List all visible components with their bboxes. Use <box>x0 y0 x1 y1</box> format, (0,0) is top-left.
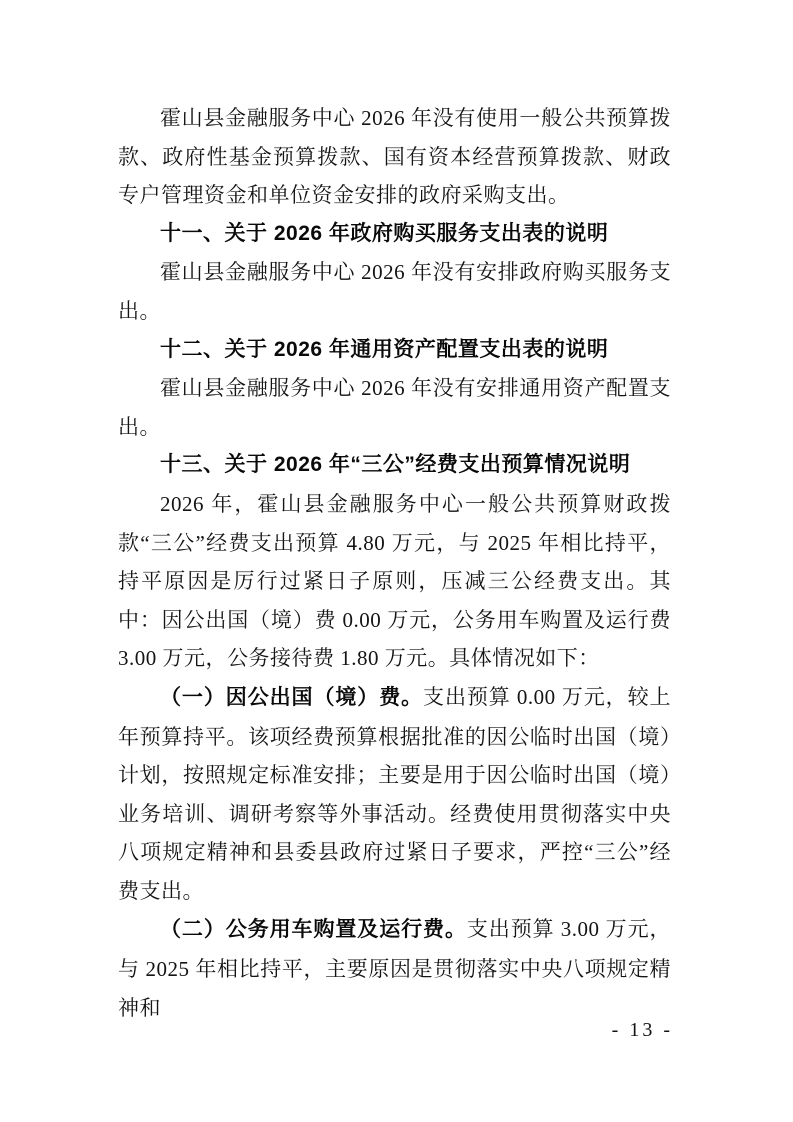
page-number: - 13 - <box>612 1018 673 1042</box>
paragraph-subsection-2-official-vehicles: （二）公务用车购置及运行费。支出预算 3.00 万元，与 2025 年相比持平，… <box>118 910 671 1027</box>
paragraph-procurement-note: 霍山县金融服务中心 2026 年没有使用一般公共预算拨款、政府性基金预算拨款、国… <box>118 99 671 215</box>
section-heading-13: 十三、关于 2026 年“三公”经费支出预算情况说明 <box>118 446 671 485</box>
document-content: 霍山县金融服务中心 2026 年没有使用一般公共预算拨款、政府性基金预算拨款、国… <box>118 99 671 1027</box>
subsection-1-lead: （一）因公出国（境）费。 <box>160 686 423 709</box>
paragraph-purchase-services-note: 霍山县金融服务中心 2026 年没有安排政府购买服务支出。 <box>118 253 671 330</box>
paragraph-three-public-overview: 2026 年，霍山县金融服务中心一般公共预算财政拨款“三公”经费支出预算 4.8… <box>118 485 671 678</box>
paragraph-subsection-1-overseas-trips: （一）因公出国（境）费。支出预算 0.00 万元，较上年预算持平。该项经费预算根… <box>118 678 671 911</box>
paragraph-asset-allocation-note: 霍山县金融服务中心 2026 年没有安排通用资产配置支出。 <box>118 369 671 446</box>
section-heading-12: 十二、关于 2026 年通用资产配置支出表的说明 <box>118 331 671 370</box>
section-heading-11: 十一、关于 2026 年政府购买服务支出表的说明 <box>118 215 671 254</box>
document-page: 霍山县金融服务中心 2026 年没有使用一般公共预算拨款、政府性基金预算拨款、国… <box>0 0 793 1122</box>
subsection-2-lead: （二）公务用车购置及运行费。 <box>160 918 467 941</box>
subsection-1-text: 支出预算 0.00 万元，较上年预算持平。该项经费预算根据批准的因公临时出国（境… <box>118 685 671 903</box>
